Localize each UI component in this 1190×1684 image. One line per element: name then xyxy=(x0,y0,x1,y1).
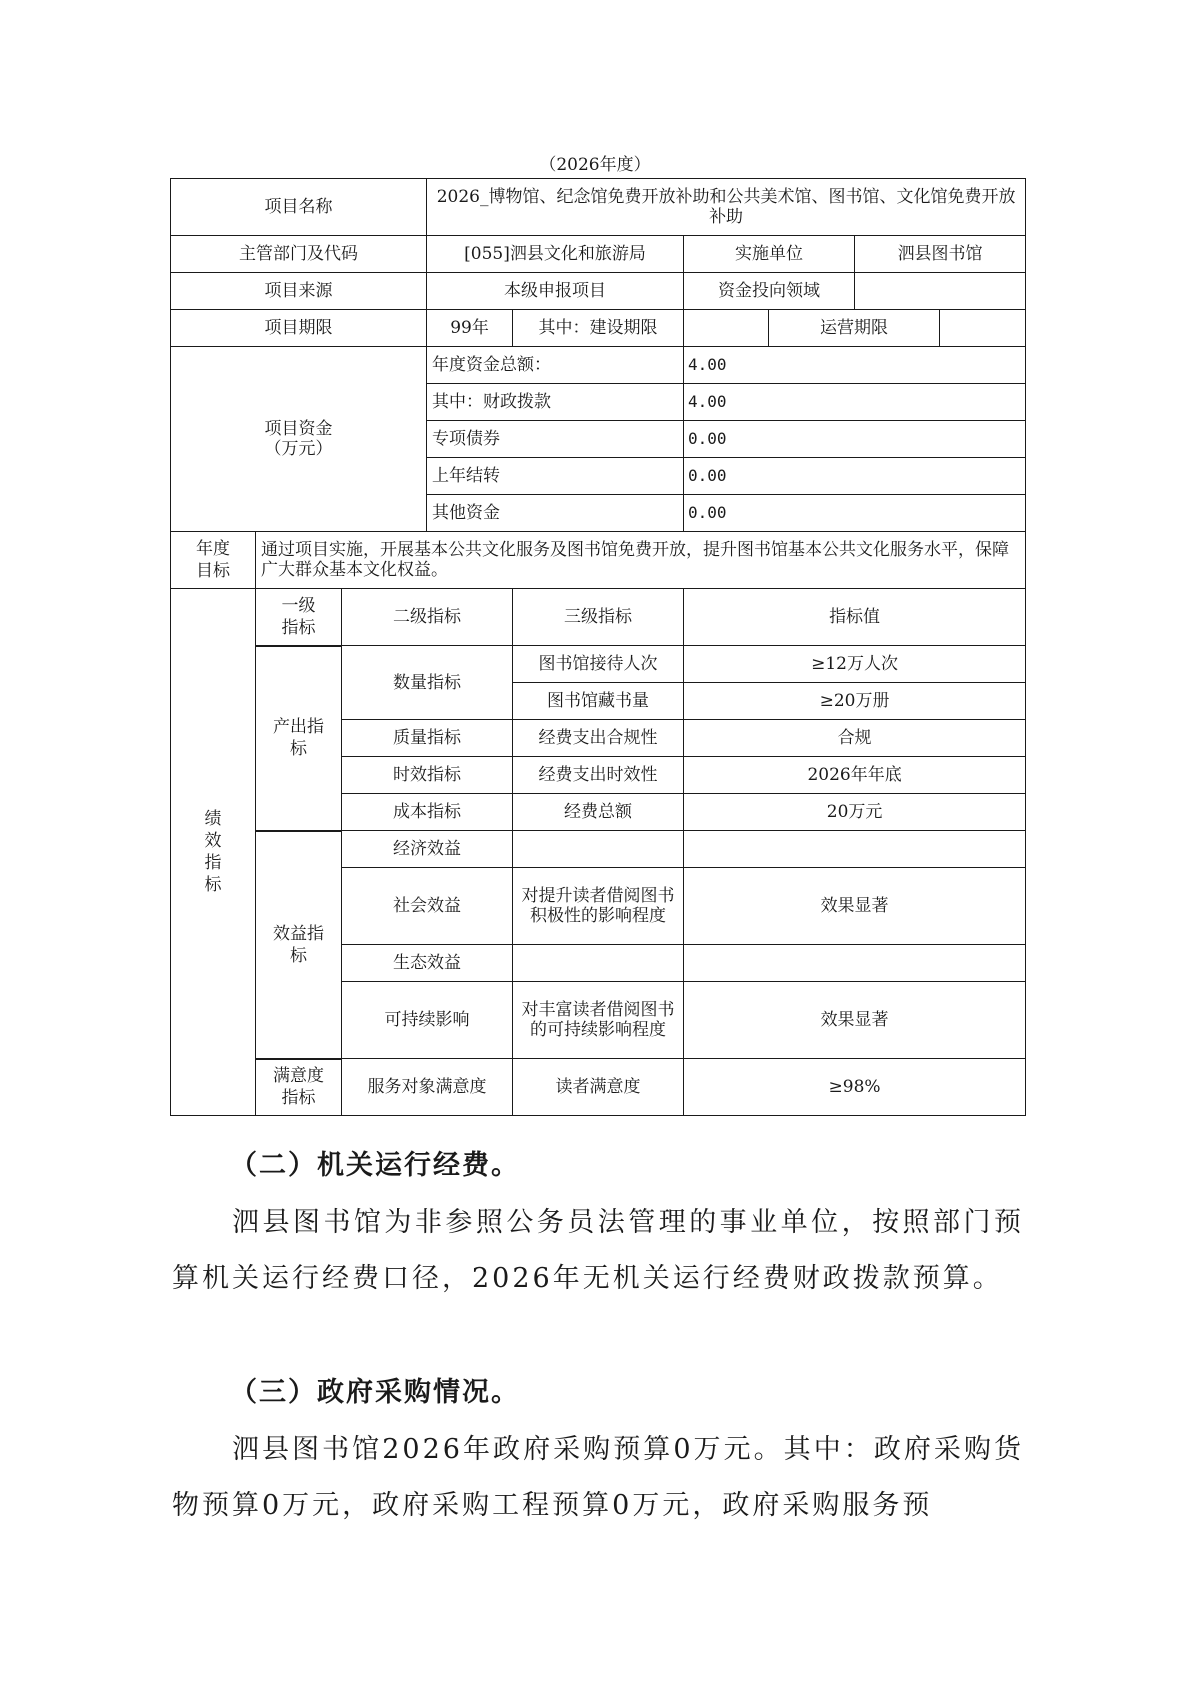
section-heading-operating-costs: （二）机关运行经费。 xyxy=(230,1143,520,1182)
fund-label: 其他资金 xyxy=(427,495,684,532)
indicator-row: 效益指标 经济效益 xyxy=(171,831,1026,868)
fund-value: 0.00 xyxy=(684,495,1026,532)
perf-label: 绩效指标 xyxy=(205,808,222,896)
output-label: 产出指标 xyxy=(273,716,324,760)
level2: 服务对象满意度 xyxy=(342,1059,513,1116)
direction-label: 资金投向领域 xyxy=(684,273,855,310)
perf-label-cell: 绩效指标 xyxy=(171,589,256,1116)
fund-label: 专项债券 xyxy=(427,421,684,458)
value: 2026年年底 xyxy=(684,757,1026,794)
level3: 图书馆藏书量 xyxy=(513,683,684,720)
header-level3: 三级指标 xyxy=(513,589,684,646)
row-project-name: 项目名称 2026_博物馆、纪念馆免费开放补助和公共美术馆、图书馆、文化馆免费开… xyxy=(171,179,1026,236)
project-name-value: 2026_博物馆、纪念馆免费开放补助和公共美术馆、图书馆、文化馆免费开放补助 xyxy=(427,179,1026,236)
satisfaction-label-cell: 满意度指标 xyxy=(256,1059,342,1116)
fund-value: 0.00 xyxy=(684,458,1026,495)
header-level1-cell: 一级指标 xyxy=(256,589,342,646)
source-label: 项目来源 xyxy=(171,273,427,310)
section-heading-procurement: （三）政府采购情况。 xyxy=(230,1370,520,1409)
goal-text: 通过项目实施，开展基本公共文化服务及图书馆免费开放，提升图书馆基本公共文化服务水… xyxy=(256,532,1026,589)
goal-label-cell: 年度目标 xyxy=(171,532,256,589)
value: ≥12万人次 xyxy=(684,646,1026,683)
level3: 对丰富读者借阅图书的可持续影响程度 xyxy=(513,982,684,1059)
value: 合规 xyxy=(684,720,1026,757)
fund-value: 0.00 xyxy=(684,421,1026,458)
level2: 经济效益 xyxy=(342,831,513,868)
funds-label-cell: 项目资金 （万元） xyxy=(171,347,427,532)
paragraph-procurement: 泗县图书馆2026年政府采购预算0万元。其中：政府采购货物预算0万元，政府采购工… xyxy=(172,1422,1024,1534)
dept-value: [055]泗县文化和旅游局 xyxy=(427,236,684,273)
impl-label: 实施单位 xyxy=(684,236,855,273)
level2: 社会效益 xyxy=(342,868,513,945)
value: 效果显著 xyxy=(684,868,1026,945)
header-value: 指标值 xyxy=(684,589,1026,646)
benefit-label-cell: 效益指标 xyxy=(256,831,342,1059)
value: 20万元 xyxy=(684,794,1026,831)
row-indicator-header: 绩效指标 一级指标 二级指标 三级指标 指标值 xyxy=(171,589,1026,646)
build-value xyxy=(684,310,769,347)
level3 xyxy=(513,945,684,982)
fund-value: 4.00 xyxy=(684,347,1026,384)
funds-unit: （万元） xyxy=(175,439,422,459)
level2: 可持续影响 xyxy=(342,982,513,1059)
output-label-cell: 产出指标 xyxy=(256,646,342,831)
value: ≥20万册 xyxy=(684,683,1026,720)
header-level2: 二级指标 xyxy=(342,589,513,646)
row-department: 主管部门及代码 [055]泗县文化和旅游局 实施单位 泗县图书馆 xyxy=(171,236,1026,273)
paragraph-operating-costs: 泗县图书馆为非参照公务员法管理的事业单位，按照部门预算机关运行经费口径，2026… xyxy=(172,1195,1024,1307)
value: 效果显著 xyxy=(684,982,1026,1059)
period-value: 99年 xyxy=(427,310,513,347)
fund-label: 年度资金总额： xyxy=(427,347,684,384)
value xyxy=(684,945,1026,982)
level2: 成本指标 xyxy=(342,794,513,831)
project-name-label: 项目名称 xyxy=(171,179,427,236)
dept-label: 主管部门及代码 xyxy=(171,236,427,273)
operate-label: 运营期限 xyxy=(769,310,940,347)
header-level1: 一级指标 xyxy=(282,595,316,639)
level2: 质量指标 xyxy=(342,720,513,757)
indicator-row: 产出指标 数量指标 图书馆接待人次 ≥12万人次 xyxy=(171,646,1026,683)
row-source: 项目来源 本级申报项目 资金投向领域 xyxy=(171,273,1026,310)
level3: 经费总额 xyxy=(513,794,684,831)
level3 xyxy=(513,831,684,868)
fund-value: 4.00 xyxy=(684,384,1026,421)
level3: 经费支出时效性 xyxy=(513,757,684,794)
value xyxy=(684,831,1026,868)
source-value: 本级申报项目 xyxy=(427,273,684,310)
performance-target-table: 项目名称 2026_博物馆、纪念馆免费开放补助和公共美术馆、图书馆、文化馆免费开… xyxy=(170,178,1026,1116)
direction-value xyxy=(855,273,1026,310)
level3: 读者满意度 xyxy=(513,1059,684,1116)
indicator-row: 满意度指标 服务对象满意度 读者满意度 ≥98% xyxy=(171,1059,1026,1116)
period-label: 项目期限 xyxy=(171,310,427,347)
operate-value xyxy=(940,310,1026,347)
row-fund-total: 项目资金 （万元） 年度资金总额： 4.00 xyxy=(171,347,1026,384)
level2: 数量指标 xyxy=(342,646,513,720)
level3: 经费支出合规性 xyxy=(513,720,684,757)
funds-label: 项目资金 xyxy=(175,419,422,439)
level2: 时效指标 xyxy=(342,757,513,794)
impl-value: 泗县图书馆 xyxy=(855,236,1026,273)
row-annual-goal: 年度目标 通过项目实施，开展基本公共文化服务及图书馆免费开放，提升图书馆基本公共… xyxy=(171,532,1026,589)
row-period: 项目期限 99年 其中：建设期限 运营期限 xyxy=(171,310,1026,347)
level3: 对提升读者借阅图书积极性的影响程度 xyxy=(513,868,684,945)
level3: 图书馆接待人次 xyxy=(513,646,684,683)
goal-label: 年度目标 xyxy=(196,538,230,582)
fund-label: 其中：财政拨款 xyxy=(427,384,684,421)
build-label: 其中：建设期限 xyxy=(513,310,684,347)
year-caption: （2026年度） xyxy=(0,150,1190,175)
fund-label: 上年结转 xyxy=(427,458,684,495)
benefit-label: 效益指标 xyxy=(273,923,324,967)
value: ≥98% xyxy=(684,1059,1026,1116)
level2: 生态效益 xyxy=(342,945,513,982)
satisfaction-label: 满意度指标 xyxy=(273,1065,324,1109)
